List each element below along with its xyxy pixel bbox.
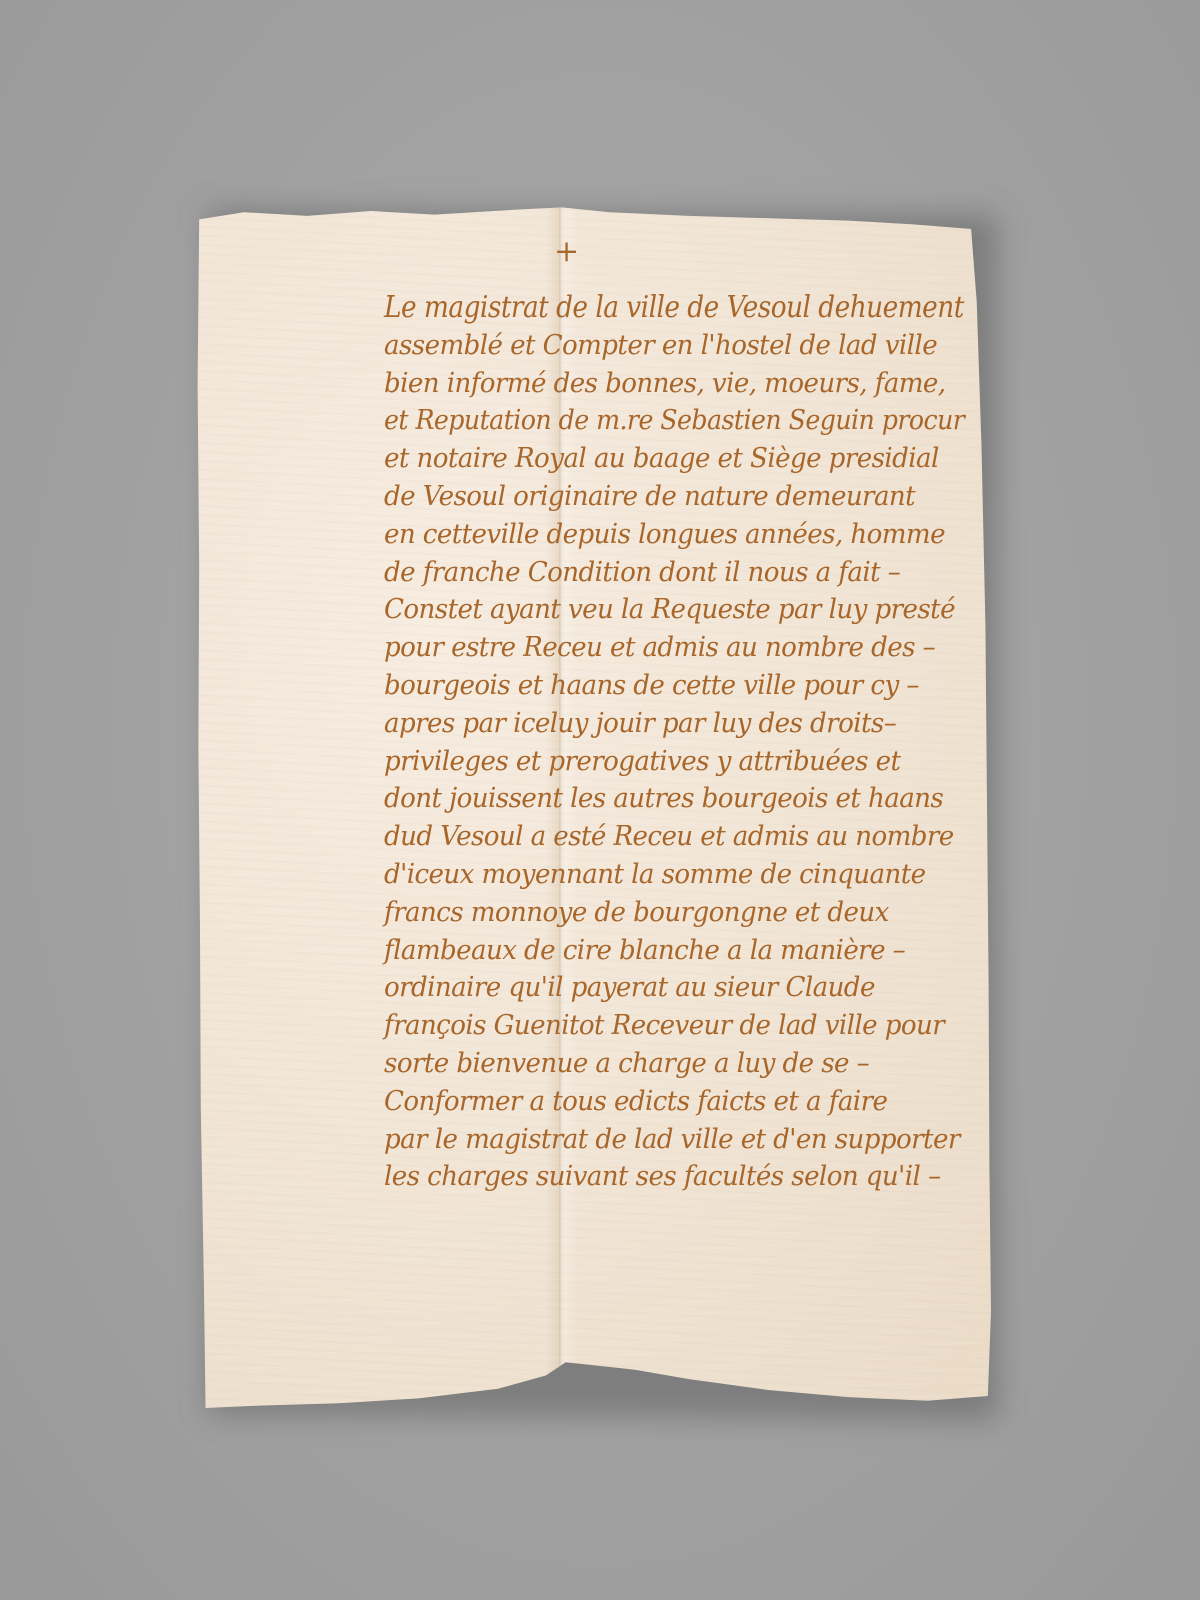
manuscript-page: + Le magistrat de la ville de Vesoul deh… (196, 205, 991, 1408)
manuscript-line: et notaire Royal au baage et Siège presi… (384, 440, 964, 478)
manuscript-line: francs monnoye de bourgongne et deux (384, 894, 964, 932)
manuscript-line: sorte bienvenue a charge a luy de se – (384, 1045, 964, 1083)
manuscript-line: ordinaire qu'il payerat au sieur Claude (384, 969, 964, 1007)
manuscript-line: les charges suivant ses facultés selon q… (384, 1158, 964, 1196)
manuscript-line: pour estre Receu et admis au nombre des … (384, 629, 964, 667)
manuscript-line: flambeaux de cire blanche a la manière – (384, 932, 964, 970)
manuscript-line: de Vesoul originaire de nature demeurant (384, 478, 964, 516)
manuscript-line: d'iceux moyennant la somme de cinquante (384, 856, 964, 894)
ink-stain (516, 1460, 556, 1490)
manuscript-line: privileges et prerogatives y attribuées … (384, 743, 964, 781)
manuscript-line: Constet ayant veu la Requeste par luy pr… (384, 591, 964, 629)
manuscript-text: Le magistrat de la ville de Vesoul dehue… (384, 289, 984, 1196)
manuscript-line: en cetteville depuis longues années, hom… (384, 516, 964, 554)
manuscript-line: Conformer a tous edicts faicts et a fair… (384, 1083, 964, 1121)
manuscript-line: assemblé et Compter en l'hostel de lad v… (384, 327, 964, 365)
manuscript-line: apres par iceluy jouir par luy des droit… (384, 705, 964, 743)
manuscript-line: par le magistrat de lad ville et d'en su… (384, 1121, 964, 1159)
manuscript-line: françois Guenitot Receveur de lad ville … (384, 1007, 964, 1045)
manuscript-line: dont jouissent les autres bourgeois et h… (384, 780, 964, 818)
manuscript-line: bien informé des bonnes, vie, moeurs, fa… (384, 365, 964, 403)
header-cross-mark: + (554, 237, 579, 267)
manuscript-line: et Reputation de m.re Sebastien Seguin p… (384, 402, 945, 440)
manuscript-line: bourgeois et haans de cette ville pour c… (384, 667, 964, 705)
manuscript-line: de franche Condition dont il nous a fait… (384, 554, 964, 592)
manuscript-line: dud Vesoul a esté Receu et admis au nomb… (384, 818, 964, 856)
manuscript-line: Le magistrat de la ville de Vesoul dehue… (384, 289, 911, 327)
